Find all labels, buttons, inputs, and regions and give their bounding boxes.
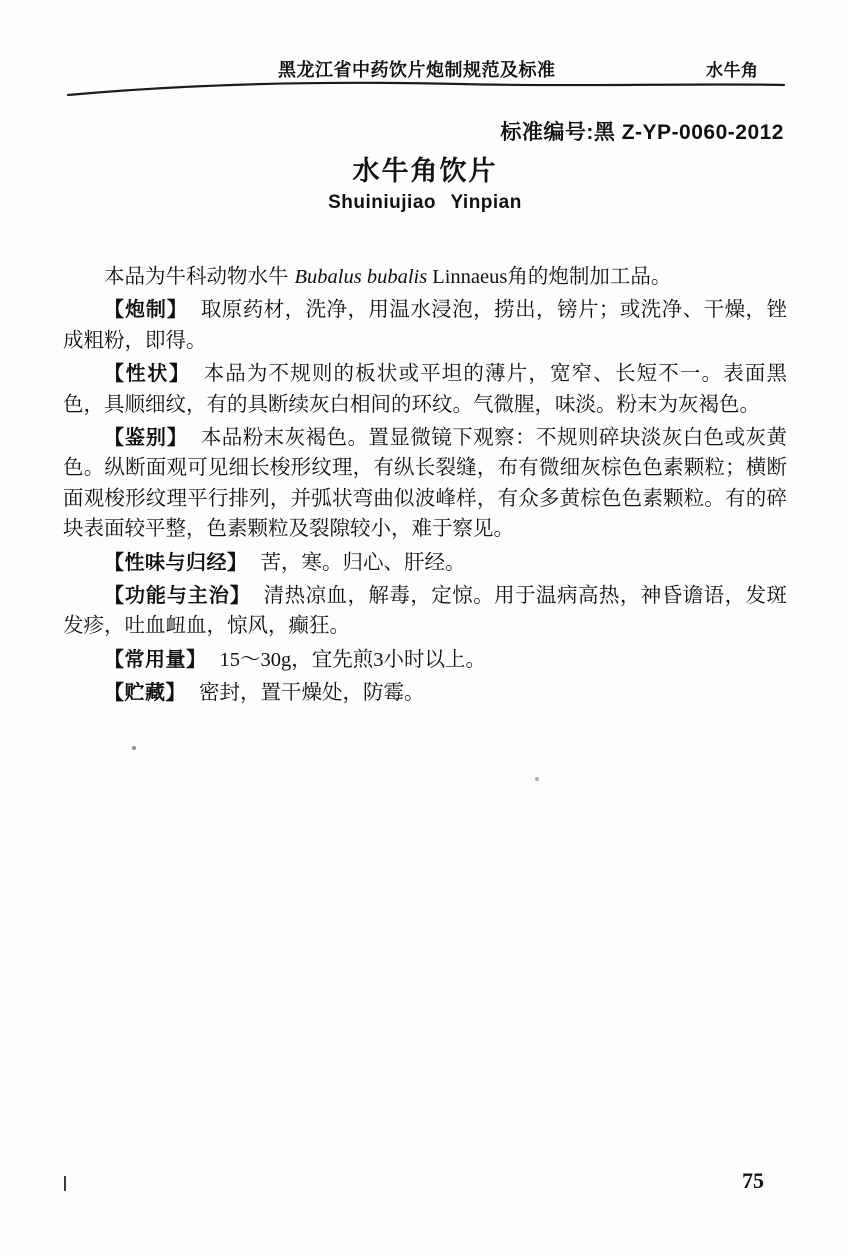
standard-number: 标准编号:黑 Z-YP-0060-2012 bbox=[500, 116, 784, 146]
scan-corner-tick bbox=[64, 1176, 66, 1191]
section-xingzhuang: 【性状】本品为不规则的板状或平坦的薄片，宽窄、长短不一。表面黑色，具顺细纹，有的… bbox=[63, 359, 787, 420]
section-paozhi: 【炮制】取原药材，洗净，用温水浸泡，捞出，镑片；或洗净、干燥，锉成粗粉，即得。 bbox=[63, 295, 787, 356]
page-title: 水牛角饮片 bbox=[0, 149, 850, 188]
latin-name-authority: Linnaeus bbox=[432, 266, 507, 288]
section-label: 【性状】 bbox=[104, 363, 191, 385]
section-text: 15～30g，宜先煎3小时以上。 bbox=[220, 649, 487, 671]
scan-speck bbox=[535, 777, 539, 781]
section-label: 【炮制】 bbox=[104, 299, 188, 321]
intro-pre: 本品为牛科动物水牛 bbox=[104, 266, 289, 288]
intro-paragraph: 本品为牛科动物水牛Bubalus bubalisLinnaeus角的炮制加工品。 bbox=[63, 262, 787, 292]
latin-name-italic: Bubalus bubalis bbox=[295, 266, 428, 288]
intro-post: 角的炮制加工品。 bbox=[507, 266, 671, 288]
section-xingwei-guijing: 【性味与归经】苦，寒。归心、肝经。 bbox=[63, 548, 787, 578]
section-jianbie: 【鉴别】本品粉末灰褐色。置显微镜下观察：不规则碎块淡灰白色或灰黄色。纵断面观可见… bbox=[63, 423, 787, 545]
section-text: 苦，寒。归心、肝经。 bbox=[261, 552, 466, 574]
section-label: 【性味与归经】 bbox=[104, 552, 248, 574]
section-label: 【贮藏】 bbox=[104, 682, 186, 704]
section-gongneng-zhuzhi: 【功能与主治】清热凉血，解毒，定惊。用于温病高热，神昏谵语，发斑发疹，吐血衄血，… bbox=[63, 581, 787, 642]
section-label: 【常用量】 bbox=[104, 649, 207, 671]
section-label: 【鉴别】 bbox=[104, 427, 188, 449]
section-label: 【功能与主治】 bbox=[104, 585, 251, 607]
section-changyongliang: 【常用量】15～30g，宜先煎3小时以上。 bbox=[63, 645, 787, 675]
page-title-pinyin: Shuiniujiao Yinpian bbox=[0, 192, 850, 214]
header-rule bbox=[0, 74, 850, 100]
section-zhucang: 【贮藏】密封，置干燥处，防霉。 bbox=[63, 678, 787, 708]
body-text-block: 本品为牛科动物水牛Bubalus bubalisLinnaeus角的炮制加工品。… bbox=[63, 262, 787, 712]
document-page: 黑龙江省中药饮片炮制规范及标准 水牛角 标准编号:黑 Z-YP-0060-201… bbox=[0, 0, 850, 1254]
scan-speck bbox=[132, 746, 136, 750]
section-text: 密封，置干燥处，防霉。 bbox=[199, 682, 425, 704]
page-number: 75 bbox=[742, 1168, 764, 1194]
